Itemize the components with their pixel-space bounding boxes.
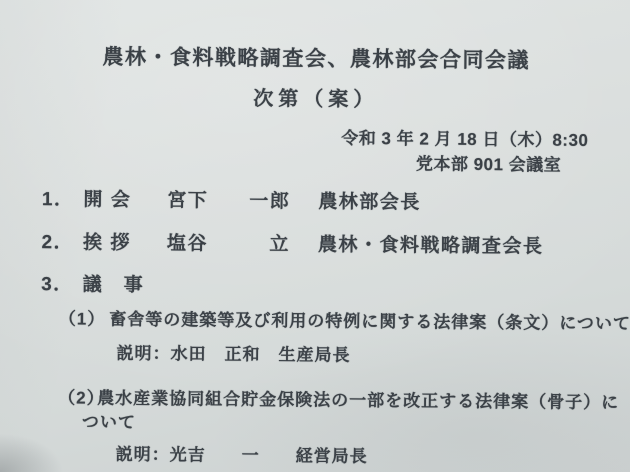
document-title: 農林・食料戦略調査会、農林部会合同会議 bbox=[1, 40, 630, 75]
item-role: 農林部会長 bbox=[318, 192, 421, 214]
agenda-item-proceedings: 3．議 事 bbox=[41, 269, 180, 297]
topic-text-line2: ついて bbox=[82, 408, 136, 433]
item-number: 2． bbox=[41, 232, 74, 253]
meeting-venue: 党本部 901 会議室 bbox=[416, 149, 562, 175]
topic-text: 畜舎等の建築等及び利用の特例に関する法律案（条文）について bbox=[109, 310, 630, 334]
topic-number: （1） bbox=[59, 309, 106, 328]
agenda-item-greeting: 2．挨 拶塩谷 立農林・食料戦略調査会長 bbox=[41, 227, 543, 258]
agenda-document-photo: 農林・食料戦略調査会、農林部会合同会議 次第（案） 令和 3 年 2 月 18 … bbox=[0, 0, 630, 472]
topic-1: （1）畜舎等の建築等及び利用の特例に関する法律案（条文）について bbox=[59, 304, 630, 334]
item-number: 3． bbox=[41, 274, 74, 295]
paper-sheet: 農林・食料戦略調査会、農林部会合同会議 次第（案） 令和 3 年 2 月 18 … bbox=[0, 0, 630, 472]
item-role: 農林・食料戦略調査会長 bbox=[318, 235, 544, 258]
topic-text-line1: 農水産業協同組合貯金保険法の一部を改正する法律案（骨子）に bbox=[97, 384, 619, 414]
document-subtitle: 次第（案） bbox=[1, 80, 630, 114]
topic-1-presenter: 説明：水田 正和 生産局長 bbox=[116, 339, 350, 366]
agenda-item-opening: 1．開 会宮下 一郎農林部会長 bbox=[42, 184, 421, 214]
item-label: 開 会 bbox=[83, 190, 131, 211]
item-person: 塩谷 立 bbox=[167, 233, 290, 255]
item-label: 挨 拶 bbox=[83, 233, 131, 254]
meeting-datetime: 令和 3 年 2 月 18 日（木）8:30 bbox=[341, 124, 588, 151]
item-label: 議 事 bbox=[83, 275, 145, 297]
topic-2-presenter: 説明：光吉 一 経営局長 bbox=[116, 440, 368, 467]
item-number: 1． bbox=[42, 189, 75, 210]
item-person: 宮下 一郎 bbox=[167, 190, 290, 212]
